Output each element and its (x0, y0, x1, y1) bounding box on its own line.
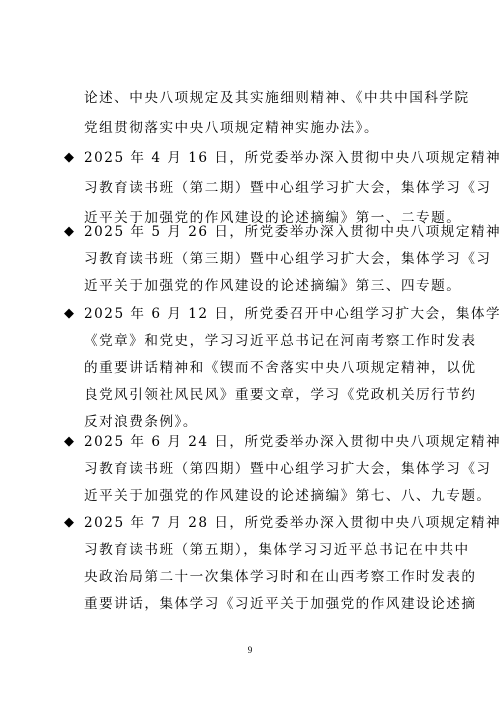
text-line: 《党章》和党史，学习习近平总书记在河南考察工作时发表 (84, 332, 464, 350)
text-line: 近平关于加强党的作风建设的论述摘编》第七、八、九专题。 (84, 487, 464, 505)
text-line: 反对浪费条例》。 (84, 413, 464, 431)
text-line: 重要讲话，集体学习《习近平关于加强党的作风建设论述摘 (84, 595, 464, 613)
text-line: 习教育读书班（第五期），集体学习习近平总书记在中共中 (84, 541, 464, 559)
diamond-bullet-icon: ◆ (64, 149, 74, 167)
text-line: 2025 年 6 月 24 日，所党委举办深入贯彻中央八项规定精神学 (84, 433, 464, 451)
text-line: 习教育读书班（第三期）暨中心组学习扩大会，集体学习《习 (84, 250, 464, 268)
text-line: 2025 年 5 月 26 日，所党委举办深入贯彻中央八项规定精神学 (84, 223, 464, 241)
text-line: 2025 年 7 月 28 日，所党委举办深入贯彻中央八项规定精神学 (84, 514, 464, 532)
text-line: 习教育读书班（第四期）暨中心组学习扩大会，集体学习《习 (84, 460, 464, 478)
text-line: 2025 年 4 月 16 日，所党委举办深入贯彻中央八项规定精神学 (84, 149, 464, 167)
diamond-bullet-icon: ◆ (64, 223, 74, 241)
text-line: 党组贯彻落实中央八项规定精神实施办法》。 (84, 119, 464, 137)
text-line: 央政治局第二十一次集体学习时和在山西考察工作时发表的 (84, 568, 464, 586)
diamond-bullet-icon: ◆ (64, 305, 74, 323)
diamond-bullet-icon: ◆ (64, 433, 74, 451)
text-line: 习教育读书班（第二期）暨中心组学习扩大会，集体学习《习 (84, 179, 464, 197)
text-line: 的重要讲话精神和《锲而不舍落实中央八项规定精神，以优 (84, 359, 464, 377)
text-line: 2025 年 6 月 12 日，所党委召开中心组学习扩大会，集体学习 (84, 305, 464, 323)
text-line: 良党风引领社风民风》重要文章，学习《党政机关厉行节约 (84, 386, 464, 404)
text-line: 论述、中央八项规定及其实施细则精神、《中共中国科学院 (84, 89, 464, 107)
page-number: 9 (0, 645, 500, 655)
text-line: 近平关于加强党的作风建设的论述摘编》第三、四专题。 (84, 277, 464, 295)
diamond-bullet-icon: ◆ (64, 514, 74, 532)
